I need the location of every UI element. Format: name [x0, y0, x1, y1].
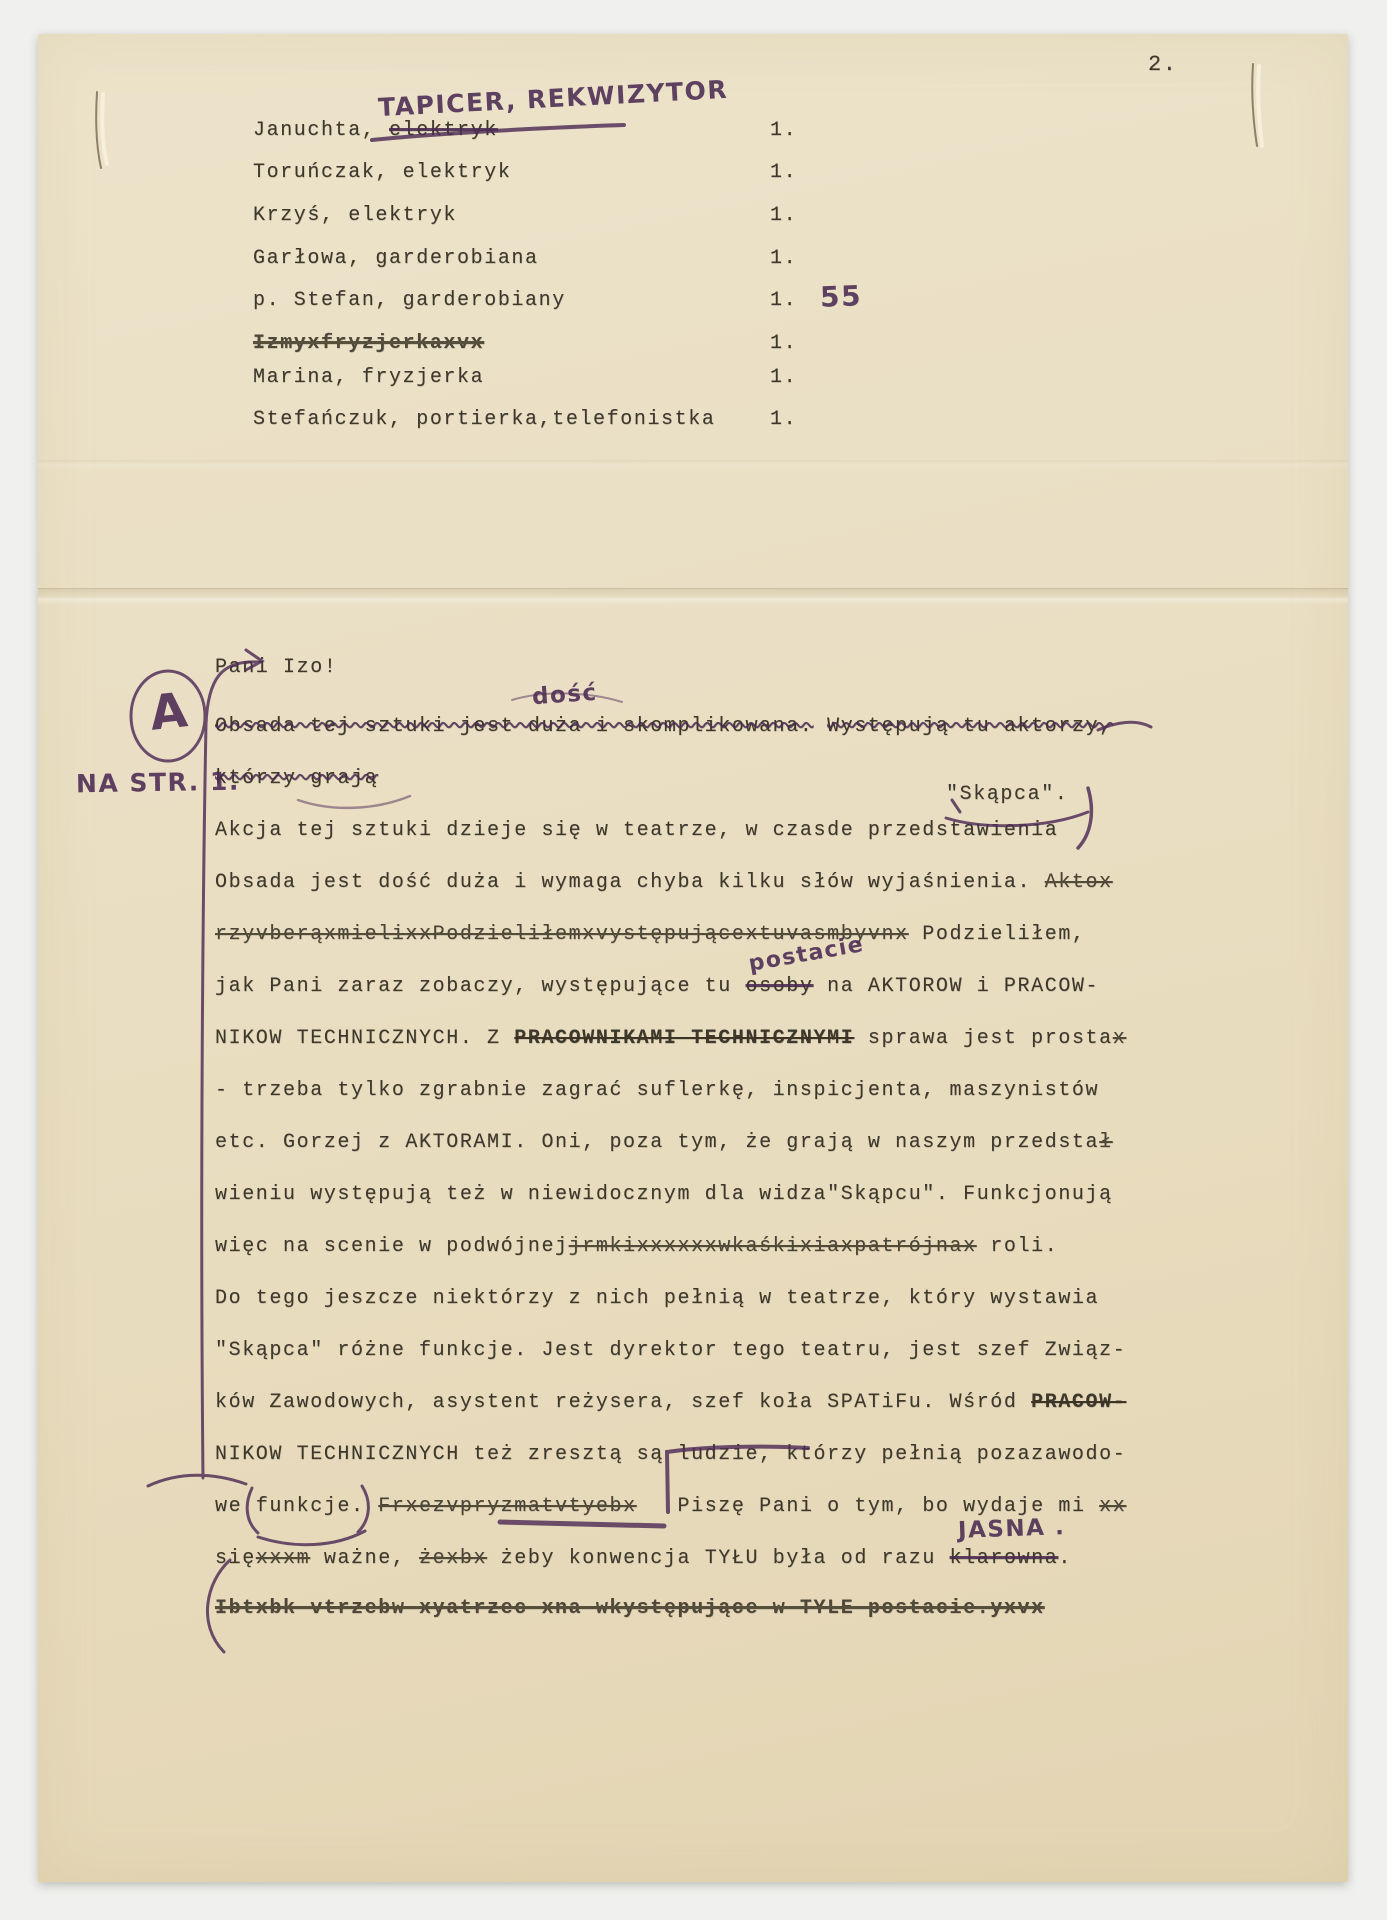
text-segment: etc. Gorzej z AKTORAMI. Oni, poza tym, ż…: [215, 1131, 1099, 1154]
text-segment: PRACOW-: [1031, 1391, 1126, 1414]
text-segment: p. Stefan, garderobiany: [253, 289, 566, 312]
letter-line: Do tego jeszcze niektórzy z nich pełnią …: [215, 1286, 1099, 1312]
annotation-jasna: JASNA .: [958, 1514, 1066, 1544]
roster-count: 1.: [770, 407, 797, 433]
text-segment: wieniu występują też w niewidocznym dla …: [215, 1183, 1113, 1206]
text-segment: Obsada tej sztuki jest duża i skomplikow…: [215, 715, 814, 738]
text-segment: 1.: [770, 161, 797, 184]
text-segment: Toruńczak, elektryk: [253, 161, 511, 184]
text-segment: ł: [1099, 1131, 1113, 1154]
roster-row: Izmyxfryzjerkaxvx: [253, 331, 484, 357]
text-segment: PRACOWNIKAMI TECHNICZNYMI: [514, 1027, 854, 1050]
text-segment: Ibtxbk vtrzebw xyatrzec xna wkystępujące…: [215, 1597, 1045, 1620]
text-segment: NIKOW TECHNICZNYCH. Z: [215, 1027, 514, 1050]
letter-line: Ibtxbk vtrzebw xyatrzec xna wkystępujące…: [215, 1596, 1045, 1622]
scanned-letter-page: 2. Januchta, elektryk1.Toruńczak, elektr…: [0, 0, 1387, 1920]
roster-count: 1.: [770, 246, 797, 272]
roster-row: Krzyś, elektryk: [253, 203, 457, 229]
roster-count: 1.: [770, 365, 797, 391]
text-segment: xxxm: [256, 1547, 310, 1570]
text-segment: NIKOW TECHNICZNYCH też zresztą są ludzie…: [215, 1443, 1126, 1466]
text-segment: Izmyxfryzjerkaxvx: [253, 332, 484, 355]
letter-line: "Skąpca" różne funkcje. Jest dyrektor te…: [215, 1338, 1126, 1364]
annotation-letter-a: A: [147, 682, 191, 742]
text-segment: Podzieliłem,: [909, 923, 1086, 946]
text-segment: "Skąpca" różne funkcje. Jest dyrektor te…: [215, 1339, 1126, 1362]
text-segment: 1.: [770, 366, 797, 389]
text-segment: funkcje.: [256, 1495, 365, 1518]
text-segment: sprawa jest prosta: [854, 1027, 1112, 1050]
letter-line: Obsada tej sztuki jest duża i skomplikow…: [215, 714, 1113, 740]
text-segment: klarowna: [950, 1547, 1059, 1570]
text-segment: [365, 1495, 379, 1518]
letter-line: - trzeba tylko zgrabnie zagrać suflerkę,…: [215, 1078, 1099, 1104]
text-segment: żeby konwencja TYŁU była od razu: [487, 1547, 949, 1570]
roster-count: 1.: [770, 288, 797, 314]
roster-count: 1.: [770, 331, 797, 357]
text-segment: Akcja tej sztuki dzieje się w teatrze, w…: [215, 819, 1058, 842]
letter-line: Akcja tej sztuki dzieje się w teatrze, w…: [215, 818, 1058, 844]
roster-row: Toruńczak, elektryk: [253, 160, 511, 186]
text-segment: 1.: [770, 204, 797, 227]
roster-row: Stefańczuk, portierka,telefonistka: [253, 407, 715, 433]
text-segment: Pani Izo!: [215, 656, 337, 679]
text-segment: - trzeba tylko zgrabnie zagrać suflerkę,…: [215, 1079, 1099, 1102]
text-segment: elektryk: [389, 119, 498, 142]
text-segment: ważne,: [310, 1547, 419, 1570]
text-segment: jak Pani zaraz zobaczy, występujące tu: [215, 975, 745, 998]
text-segment: ków Zawodowych, asystent reżysera, szef …: [215, 1391, 1031, 1414]
text-segment: 1.: [770, 289, 797, 312]
text-segment: Występują tu aktorzy,: [827, 715, 1113, 738]
text-segment: xx: [1099, 1495, 1126, 1518]
letter-line: Pani Izo!: [215, 655, 337, 681]
letter-line: więc na scenie w podwójnejjrmkixxxxxxwka…: [215, 1234, 1058, 1260]
text-segment: roli.: [977, 1235, 1059, 1258]
text-segment: Januchta,: [253, 119, 389, 142]
text-segment: 1.: [770, 408, 797, 431]
text-segment: 1.: [770, 332, 797, 355]
text-segment: Garłowa, garderobiana: [253, 247, 539, 270]
text-segment: osoby: [745, 975, 813, 998]
roster-row: Januchta, elektryk: [253, 118, 498, 144]
text-segment: żexbx: [419, 1547, 487, 1570]
annotation-55: 55: [819, 279, 862, 313]
text-segment: .: [1058, 1547, 1072, 1570]
text-segment: Krzyś, elektryk: [253, 204, 457, 227]
roster-row: Garłowa, garderobiana: [253, 246, 539, 272]
letter-line: wieniu występują też w niewidocznym dla …: [215, 1182, 1113, 1208]
annotation-dosc: dość: [531, 680, 598, 711]
roster-row: p. Stefan, garderobiany: [253, 288, 566, 314]
roster-row: Marina, fryzjerka: [253, 365, 484, 391]
letter-line: "Skąpca".: [946, 782, 1068, 808]
text-segment: we: [215, 1495, 256, 1518]
letter-line: jak Pani zaraz zobaczy, występujące tu o…: [215, 974, 1099, 1000]
text-segment: więc na scenie w podwójnej: [215, 1235, 569, 1258]
text-segment: Marina, fryzjerka: [253, 366, 484, 389]
text-segment: 1.: [770, 247, 797, 270]
text-segment: jrmkixxxxxxwkaśkixiaxpatrójnax: [569, 1235, 977, 1258]
text-segment: Aktox: [1045, 871, 1113, 894]
text-segment: 1.: [770, 119, 797, 142]
text-segment: [637, 1495, 678, 1518]
letter-line: sięxxxm ważne, żexbx żeby konwencja TYŁU…: [215, 1546, 1072, 1572]
text-segment: Frxezvpryzmatvtyebx: [378, 1495, 636, 1518]
text-segment: Stefańczuk, portierka,telefonistka: [253, 408, 715, 431]
text-segment: [814, 715, 828, 738]
text-segment: na AKTOROW i PRACOW-: [814, 975, 1100, 998]
letter-line: NIKOW TECHNICZNYCH. Z PRACOWNIKAMI TECHN…: [215, 1026, 1126, 1052]
letter-line: rzyvberąxmielixxPodzieliłemxvystępującex…: [215, 922, 1086, 948]
text-segment: x: [1113, 1027, 1127, 1050]
letter-line: ków Zawodowych, asystent reżysera, szef …: [215, 1390, 1126, 1416]
letter-line: etc. Gorzej z AKTORAMI. Oni, poza tym, ż…: [215, 1130, 1113, 1156]
page-number: 2.: [1148, 52, 1178, 78]
roster-count: 1.: [770, 118, 797, 144]
text-segment: "Skąpca".: [946, 783, 1068, 806]
text-segment: się: [215, 1547, 256, 1570]
roster-count: 1.: [770, 160, 797, 186]
text-segment: Do tego jeszcze niektórzy z nich pełnią …: [215, 1287, 1099, 1310]
letter-line: Obsada jest dość duża i wymaga chyba kil…: [215, 870, 1113, 896]
text-segment: Obsada jest dość duża i wymaga chyba kil…: [215, 871, 1045, 894]
roster-count: 1.: [770, 203, 797, 229]
annotation-na-str-1: NA STR. 1.: [76, 767, 240, 799]
letter-line: NIKOW TECHNICZNYCH też zresztą są ludzie…: [215, 1442, 1126, 1468]
